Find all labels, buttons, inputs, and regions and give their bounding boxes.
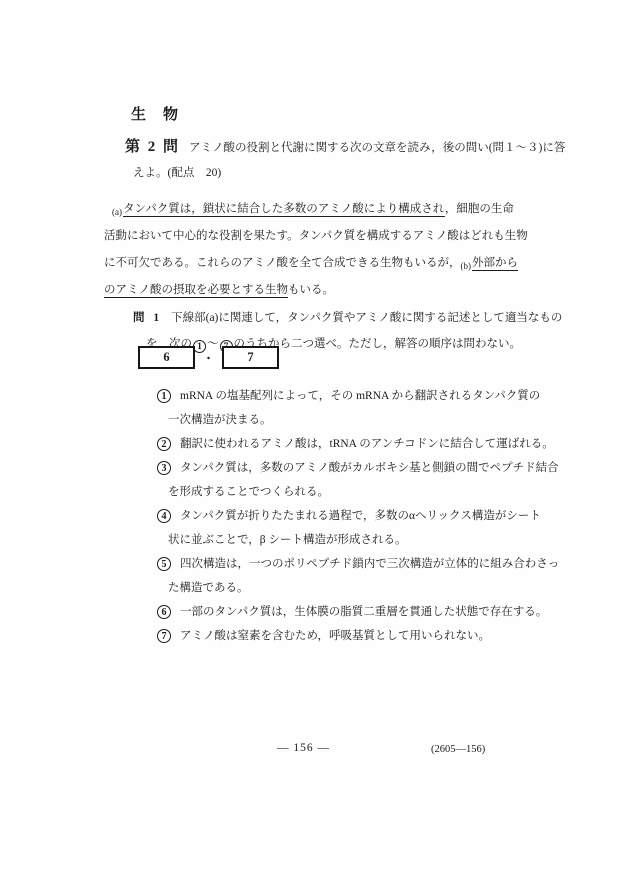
underline-marker-a: (a) [112,207,122,217]
option-5: 5 四次構造は，一つのポリペプチド鎖内で三次構造が立体的に組み合わさっ た構造で… [103,552,563,600]
answer-boxes: 6 ・ 7 [138,346,279,369]
underlined-text-b-cont: のアミノ酸の摂取を必要とする生物 [104,284,288,296]
option-2: 2 翻訳に使われるアミノ酸は，tRNA のアンチコドンに結合して運ばれる。 [103,432,563,456]
passage-line-4: のアミノ酸の摂取を必要とする生物もいる。 [104,277,544,304]
option-3-text: タンパク質は，多数のアミノ酸がカルボキシ基と側鎖の間でペプチド結合 [168,456,563,480]
option-6: 6 一部のタンパク質は，生体膜の脂質二重層を貫通した状態で存在する。 [103,600,563,624]
option-4-text: タンパク質が折りたたまれる過程で，多数のαヘリックス構造がシート [168,504,563,528]
underline-marker-b: (b) [461,261,472,271]
page-number: — 156 — [277,742,330,754]
passage-text: ，細胞の生命 [445,203,514,215]
options-list: 1 mRNA の塩基配列によって，その mRNA から翻訳されるタンパク質の 一… [103,384,563,648]
passage-line-3: に不可欠である。これらのアミノ酸を全て合成できる生物もいるが，(b)外部から [104,250,544,277]
question-2-intro-text: アミノ酸の役割と代謝に関する次の文章を読み，後の問い(問１～３)に答 [189,142,565,154]
option-5-text: 四次構造は，一つのポリペプチド鎖内で三次構造が立体的に組み合わさっ [168,552,563,576]
circled-number-6-icon: 6 [157,605,171,619]
circled-number-3-icon: 3 [157,461,171,475]
passage: (a)タンパク質は，鎖状に結合した多数のアミノ酸により構成され，細胞の生命 活動… [104,196,544,304]
passage-text: に不可欠である。これらのアミノ酸を全て合成できる生物もいるが， [104,257,461,269]
sub-question-1-text: 下線部(a)に関連して，タンパク質やアミノ酸に関する記述として適当なもの [171,312,562,324]
question-2-intro-line2: えよ。(配点 20) [133,164,545,180]
option-7: 7 アミノ酸は窒素を含むため，呼吸基質として用いられない。 [103,624,563,648]
passage-line-2: 活動において中心的な役割を果たす。タンパク質を構成するアミノ酸はどれも生物 [104,223,544,250]
sub-question-1-line1: 問 1下線部(a)に関連して，タンパク質やアミノ酸に関する記述として適当なもの [133,305,562,331]
underlined-text-b: 外部から [472,257,518,269]
subject-title: 生 物 [131,103,179,124]
option-3: 3 タンパク質は，多数のアミノ酸がカルボキシ基と側鎖の間でペプチド結合 を形成す… [103,456,563,504]
option-1-text-cont: 一次構造が決まる。 [168,408,563,432]
question-2-header: 第 2 問アミノ酸の役割と代謝に関する次の文章を読み，後の問い(問１～３)に答 … [125,135,545,180]
exam-page: 生 物 第 2 問アミノ酸の役割と代謝に関する次の文章を読み，後の問い(問１～３… [0,0,620,876]
circled-number-4-icon: 4 [157,509,171,523]
underlined-text-a: タンパク質は，鎖状に結合した多数のアミノ酸により構成され [123,203,445,215]
option-3-text-cont: を形成することでつくられる。 [168,480,563,504]
question-2-number: 第 2 問 [125,139,180,155]
sub-question-1-label: 問 1 [133,312,162,324]
option-1: 1 mRNA の塩基配列によって，その mRNA から翻訳されるタンパク質の 一… [103,384,563,432]
option-4-text-cont: 状に並ぶことで，β シート構造が形成される。 [168,528,563,552]
option-7-text: アミノ酸は窒素を含むため，呼吸基質として用いられない。 [168,624,563,648]
option-2-text: 翻訳に使われるアミノ酸は，tRNA のアンチコドンに結合して運ばれる。 [168,432,563,456]
answer-box-6: 6 [138,346,195,369]
option-4: 4 タンパク質が折りたたまれる過程で，多数のαヘリックス構造がシート 状に並ぶこ… [103,504,563,552]
question-2-intro-line1: 第 2 問アミノ酸の役割と代謝に関する次の文章を読み，後の問い(問１～３)に答 [125,135,545,156]
answer-box-7: 7 [222,346,279,369]
circled-number-7-icon: 7 [157,629,171,643]
footer-code: (2605—156) [431,744,485,755]
answer-box-separator: ・ [203,350,214,366]
option-5-text-cont: た構造である。 [168,576,563,600]
circled-number-1-icon: 1 [157,389,171,403]
option-1-text: mRNA の塩基配列によって，その mRNA から翻訳されるタンパク質の [168,384,563,408]
passage-text: もいる。 [288,284,334,296]
option-6-text: 一部のタンパク質は，生体膜の脂質二重層を貫通した状態で存在する。 [168,600,563,624]
passage-line-1: (a)タンパク質は，鎖状に結合した多数のアミノ酸により構成され，細胞の生命 [104,196,544,223]
circled-number-2-icon: 2 [157,437,171,451]
circled-number-5-icon: 5 [157,557,171,571]
